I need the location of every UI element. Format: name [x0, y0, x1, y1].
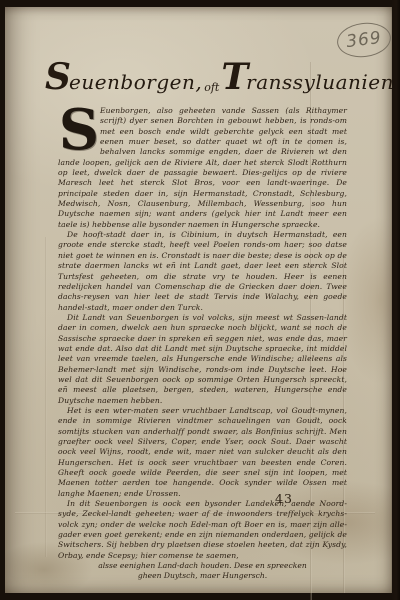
title-swash-initial-s: S	[45, 56, 69, 98]
paper-crease-vertical	[45, 237, 47, 557]
body-text-block: SEuenborgen, also geheeten vande Sassen …	[58, 106, 347, 582]
paragraph: In dit Seuenborgen is oock een bysonder …	[58, 499, 347, 561]
photo-edge-shadow	[391, 0, 400, 600]
handwritten-folio-number: 369	[335, 20, 393, 60]
page-title: Seuenborgen,oftTranssyluanien.	[45, 59, 355, 95]
book-page: 369 Seuenborgen,oftTranssyluanien. SEuen…	[5, 7, 392, 593]
title-swash-initial-t: T	[221, 56, 246, 98]
title-connector: oft	[204, 81, 219, 94]
paragraph: Dit Landt van Seuenborgen is vol volcks,…	[58, 313, 347, 406]
paragraph: Het is een wter-maten seer vruchtbaer La…	[58, 406, 347, 499]
paragraph-text: Euenborgen, also geheeten vande Sassen (…	[58, 106, 347, 229]
paragraph: De hooft-stadt daer in, is Cibinium, in …	[58, 230, 347, 313]
drop-cap-initial: S	[58, 106, 100, 157]
photo-background: 369 Seuenborgen,oftTranssyluanien. SEuen…	[0, 0, 400, 600]
closing-line: gheen Duytsch, maer Hungersch.	[58, 571, 347, 581]
paragraph: SEuenborgen, also geheeten vande Sassen …	[58, 106, 347, 230]
folio-number-text: 369	[345, 28, 383, 52]
page-number: 43	[275, 491, 293, 506]
title-word-2: ranssyluanien.	[246, 70, 400, 94]
closing-line: alsse eenighen Land-dach houden. Dese en…	[58, 561, 347, 571]
title-word-1: euenborgen,	[69, 70, 202, 94]
